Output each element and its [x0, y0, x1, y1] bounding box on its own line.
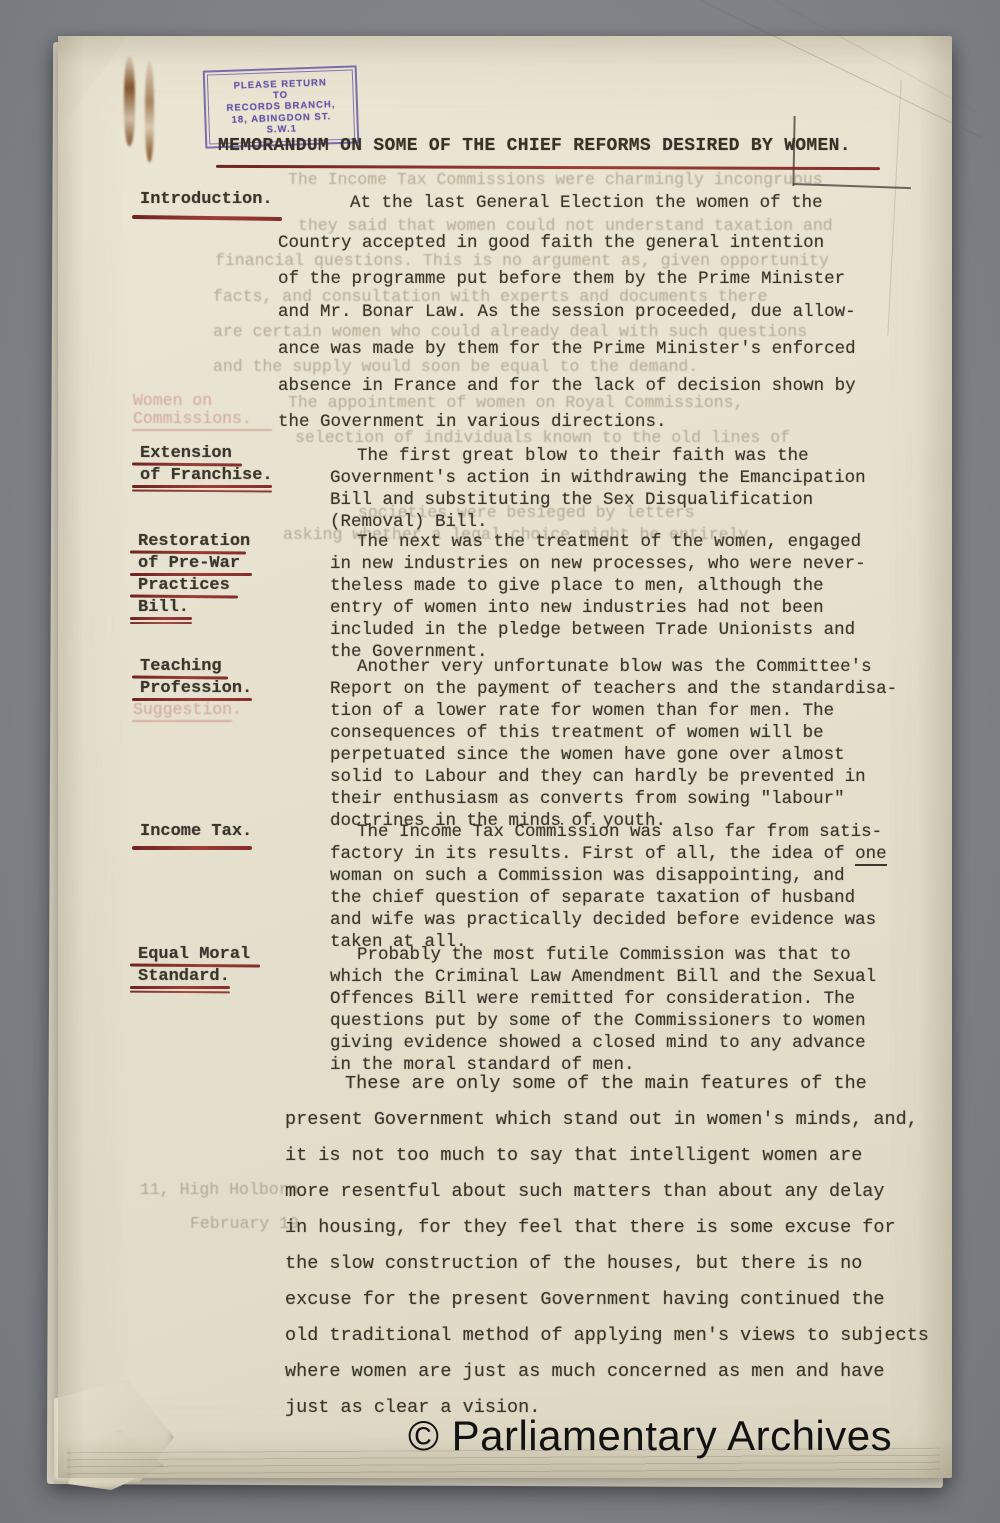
- section-heading: Bill.: [138, 598, 189, 617]
- stamp-line: TO: [273, 90, 288, 102]
- section-heading: of Franchise.: [140, 466, 273, 485]
- paper-sheet: The Income Tax Commissions were charming…: [58, 36, 952, 1478]
- typed-line: At the last General Election the women o…: [350, 193, 823, 213]
- section-heading-introduction: Introduction.: [140, 190, 273, 209]
- section-heading: Restoration: [138, 532, 250, 551]
- typed-line: perpetuated since the women have gone ov…: [330, 745, 845, 765]
- typed-line: in new industries on new processes, who …: [330, 554, 866, 574]
- typed-line-part: factory in its results. First of all, th…: [330, 844, 855, 864]
- ghost-margin-heading: Suggestion.: [133, 700, 242, 719]
- typed-line: included in the pledge between Trade Uni…: [330, 620, 855, 640]
- rust-stain: [124, 56, 135, 146]
- section-heading: Extension: [140, 444, 232, 463]
- typed-line: and Mr. Bonar Law. As the session procee…: [278, 302, 856, 322]
- typed-line: Government's action in withdrawing the E…: [330, 468, 866, 488]
- stamp-line: S.W.1: [266, 123, 297, 135]
- typed-line: tion of a lower rate for women than for …: [330, 701, 834, 721]
- corner-fold: [58, 36, 128, 132]
- typed-line: Offences Bill were remitted for consider…: [330, 989, 855, 1009]
- underlined-word: one: [855, 844, 887, 866]
- typed-line: woman on such a Commission was disappoin…: [330, 866, 845, 886]
- typed-line: The Income Tax Commission was also far f…: [357, 822, 882, 842]
- ghost-line: financial questions. This is no argument…: [215, 251, 829, 270]
- red-ink-underline: [130, 622, 192, 624]
- typed-line: the Government in various directions.: [278, 412, 667, 432]
- typed-line: excuse for the present Government having…: [285, 1289, 885, 1310]
- ghost-line: 11, High Holborn: [140, 1180, 298, 1199]
- typed-line: These are only some of the main features…: [345, 1073, 867, 1094]
- typed-line: theless made to give place to men, altho…: [330, 576, 824, 596]
- typed-line: in the moral standard of men.: [330, 1055, 635, 1075]
- paper-crease: [887, 80, 901, 336]
- section-heading: Teaching: [140, 657, 222, 676]
- section-heading: Income Tax.: [140, 822, 252, 841]
- typed-line: it is not too much to say that intellige…: [285, 1145, 862, 1166]
- red-ink-underline: [130, 991, 230, 994]
- typed-line: where women are just as much concerned a…: [285, 1361, 885, 1382]
- red-ink-underline: [132, 485, 272, 488]
- section-heading: Equal Moral: [138, 945, 250, 964]
- section-heading: Standard.: [138, 967, 230, 986]
- typed-line: entry of women into new industries had n…: [330, 598, 824, 618]
- typed-line: The first great blow to their faith was …: [357, 446, 809, 466]
- archive-watermark: © Parliamentary Archives: [408, 1412, 892, 1460]
- typed-line: the slow construction of the houses, but…: [285, 1253, 862, 1274]
- typed-line: old traditional method of applying men's…: [285, 1325, 929, 1346]
- paper-crease: [675, 0, 981, 137]
- ghost-margin-heading: Commissions.: [133, 409, 252, 428]
- ghost-underline: [132, 429, 272, 431]
- scanned-document-scene: The Income Tax Commissions were charming…: [0, 0, 1000, 1523]
- typed-line: Another very unfortunate blow was the Co…: [357, 657, 872, 677]
- typed-line: which the Criminal Law Amendment Bill an…: [330, 967, 876, 987]
- paper-crease: [724, 0, 978, 113]
- typed-line: Country accepted in good faith the gener…: [278, 233, 824, 253]
- typed-line: giving evidence showed a closed mind to …: [330, 1033, 866, 1053]
- typed-line: of the programme put before them by the …: [278, 269, 845, 289]
- ghost-line: The Income Tax Commissions were charming…: [288, 170, 823, 189]
- typed-line: the chief question of separate taxation …: [330, 888, 855, 908]
- typed-line: absence in France and for the lack of de…: [278, 376, 856, 396]
- typed-line: The next was the treatment of the women,…: [357, 532, 861, 552]
- typed-line: more resentful about such matters than a…: [285, 1181, 885, 1202]
- section-heading: of Pre-War: [138, 554, 240, 573]
- typed-line: Bill and substituting the Sex Disqualifi…: [330, 490, 813, 510]
- typed-line: (Removal) Bill.: [330, 512, 488, 532]
- red-ink-underline: [130, 573, 252, 576]
- typed-line: factory in its results. First of all, th…: [330, 844, 887, 864]
- typed-line: questions put by some of the Commissione…: [330, 1011, 866, 1031]
- typed-line: ance was made by them for the Prime Mini…: [278, 339, 856, 359]
- red-ink-underline: [132, 698, 252, 701]
- section-heading: Profession.: [140, 679, 252, 698]
- typed-line: Probably the most futile Commission was …: [357, 945, 851, 965]
- red-ink-underline: [132, 490, 272, 493]
- typed-line: their enthusiasm as converts from sowing…: [330, 789, 845, 809]
- typed-line: and wife was practically decided before …: [330, 910, 876, 930]
- typed-line: in housing, for they feel that there is …: [285, 1217, 896, 1238]
- red-ink-underline: [132, 215, 282, 221]
- typed-line: solid to Labour and they can hardly be p…: [330, 767, 866, 787]
- typed-line: consequences of this treatment of women …: [330, 723, 824, 743]
- typed-line: Report on the payment of teachers and th…: [330, 679, 897, 699]
- red-ink-underline: [130, 617, 192, 620]
- ghost-underline: [132, 720, 232, 722]
- typed-line: present Government which stand out in wo…: [285, 1109, 918, 1130]
- section-heading: Practices: [138, 576, 230, 595]
- ghost-margin-heading: Women on: [133, 391, 212, 410]
- red-ink-underline: [132, 846, 252, 850]
- ghost-line: and the supply would soon be equal to th…: [213, 357, 698, 376]
- rust-stain: [145, 62, 154, 162]
- document-title: MEMORANDUM ON SOME OF THE CHIEF REFORMS …: [218, 136, 851, 156]
- ghost-line: February 19: [190, 1214, 299, 1233]
- red-ink-underline: [130, 986, 230, 989]
